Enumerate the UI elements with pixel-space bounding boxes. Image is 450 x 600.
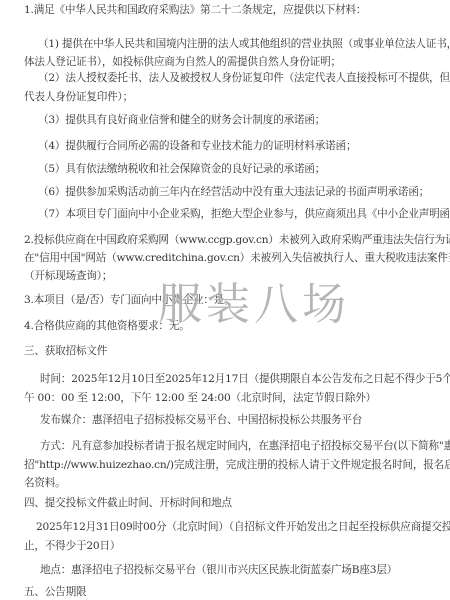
requirement-2: 2.投标供应商在中国政府采购网（www.ccgp.gov.cn）未被列入政府采购… (24, 233, 450, 247)
requirement-1-item-6: （6）提供参加采购活动前三年内在经营活动中没有重大违法记录的书面声明承诺函； (38, 185, 429, 199)
requirement-1-item-1-cont: 体法人登记证书），如投标供应商为自然人的需提供自然人身份证明； (24, 55, 341, 69)
requirement-2-cont-1: 在"信用中国"网站（www.creditchina.gov.cn）未被列入失信被… (24, 251, 450, 265)
watermark: 服装八场 (158, 268, 350, 332)
requirement-1-item-5: （5）具有依法缴纳税收和社会保障资金的良好记录的承诺函； (38, 162, 325, 176)
obtain-method: 方式：凡有意参加投标者请于报名规定时间内，在惠泽招电子招投标交易平台(以下简称"… (40, 439, 450, 453)
requirement-1-item-1: （1) 提供在中华人民共和国境内注册的法人或其他组织的营业执照（或事业单位法人证… (38, 37, 450, 51)
section-3-heading: 三、获取招标文件 (24, 344, 107, 358)
requirement-1-item-4: （4）提供履行合同所必需的设备和专业技术能力的证明材料承诺函； (38, 139, 356, 153)
requirement-1-item-2: （2）法人授权委托书、法人及被授权人身份证复印件（法定代表人直接投标可不提供，但… (38, 71, 450, 85)
obtain-time: 时间：2025年12月10日至2025年12月17日（提供期限自本公告发布之日起… (40, 372, 450, 386)
requirement-1-item-7: （7）本项目专门面向中小企业采购，拒绝大型企业参与，供应商须出具《中小企业声明函… (38, 207, 450, 221)
requirement-2-cont-2: （开标现场查询）； (24, 269, 112, 283)
obtain-time-cont: 午 00：00 至 12:00，下午 12:00 至 24:00（北京时间，法定… (24, 391, 376, 405)
requirement-1-heading: 1.满足《中华人民共和国政府采购法》第二十二条规定，应提供以下材料： (24, 3, 366, 17)
section-5-heading: 五、公告期限 (24, 585, 86, 599)
submission-deadline-cont: 止，不得少于20日） (24, 539, 120, 553)
submission-deadline: 2025年12月31日09时00分（北京时间）（自招标文件开始发出之日起至投标供… (36, 520, 450, 534)
section-4-heading: 四、提交投标文件截止时间、开标时间和地点 (24, 496, 232, 510)
obtain-method-cont-1: 招"http://www.huizezhao.cn/)完成注册，完成注册的投标人… (24, 458, 450, 472)
requirement-1-item-3: （3）提供具有良好商业信誉和健全的财务会计制度的承诺函； (38, 113, 325, 127)
publish-media: 发布媒介：惠泽招电子招标投标交易平台、中国招标投标公共服务平台 (40, 413, 362, 427)
requirement-1-item-2-cont: 代表人身份证复印件）； (24, 90, 133, 104)
submission-location: 地点：惠泽招电子招投标交易平台（银川市兴庆区民族北街蓝泰广场B座3层） (40, 563, 397, 577)
obtain-method-cont-2: 名资料。 (24, 476, 66, 490)
